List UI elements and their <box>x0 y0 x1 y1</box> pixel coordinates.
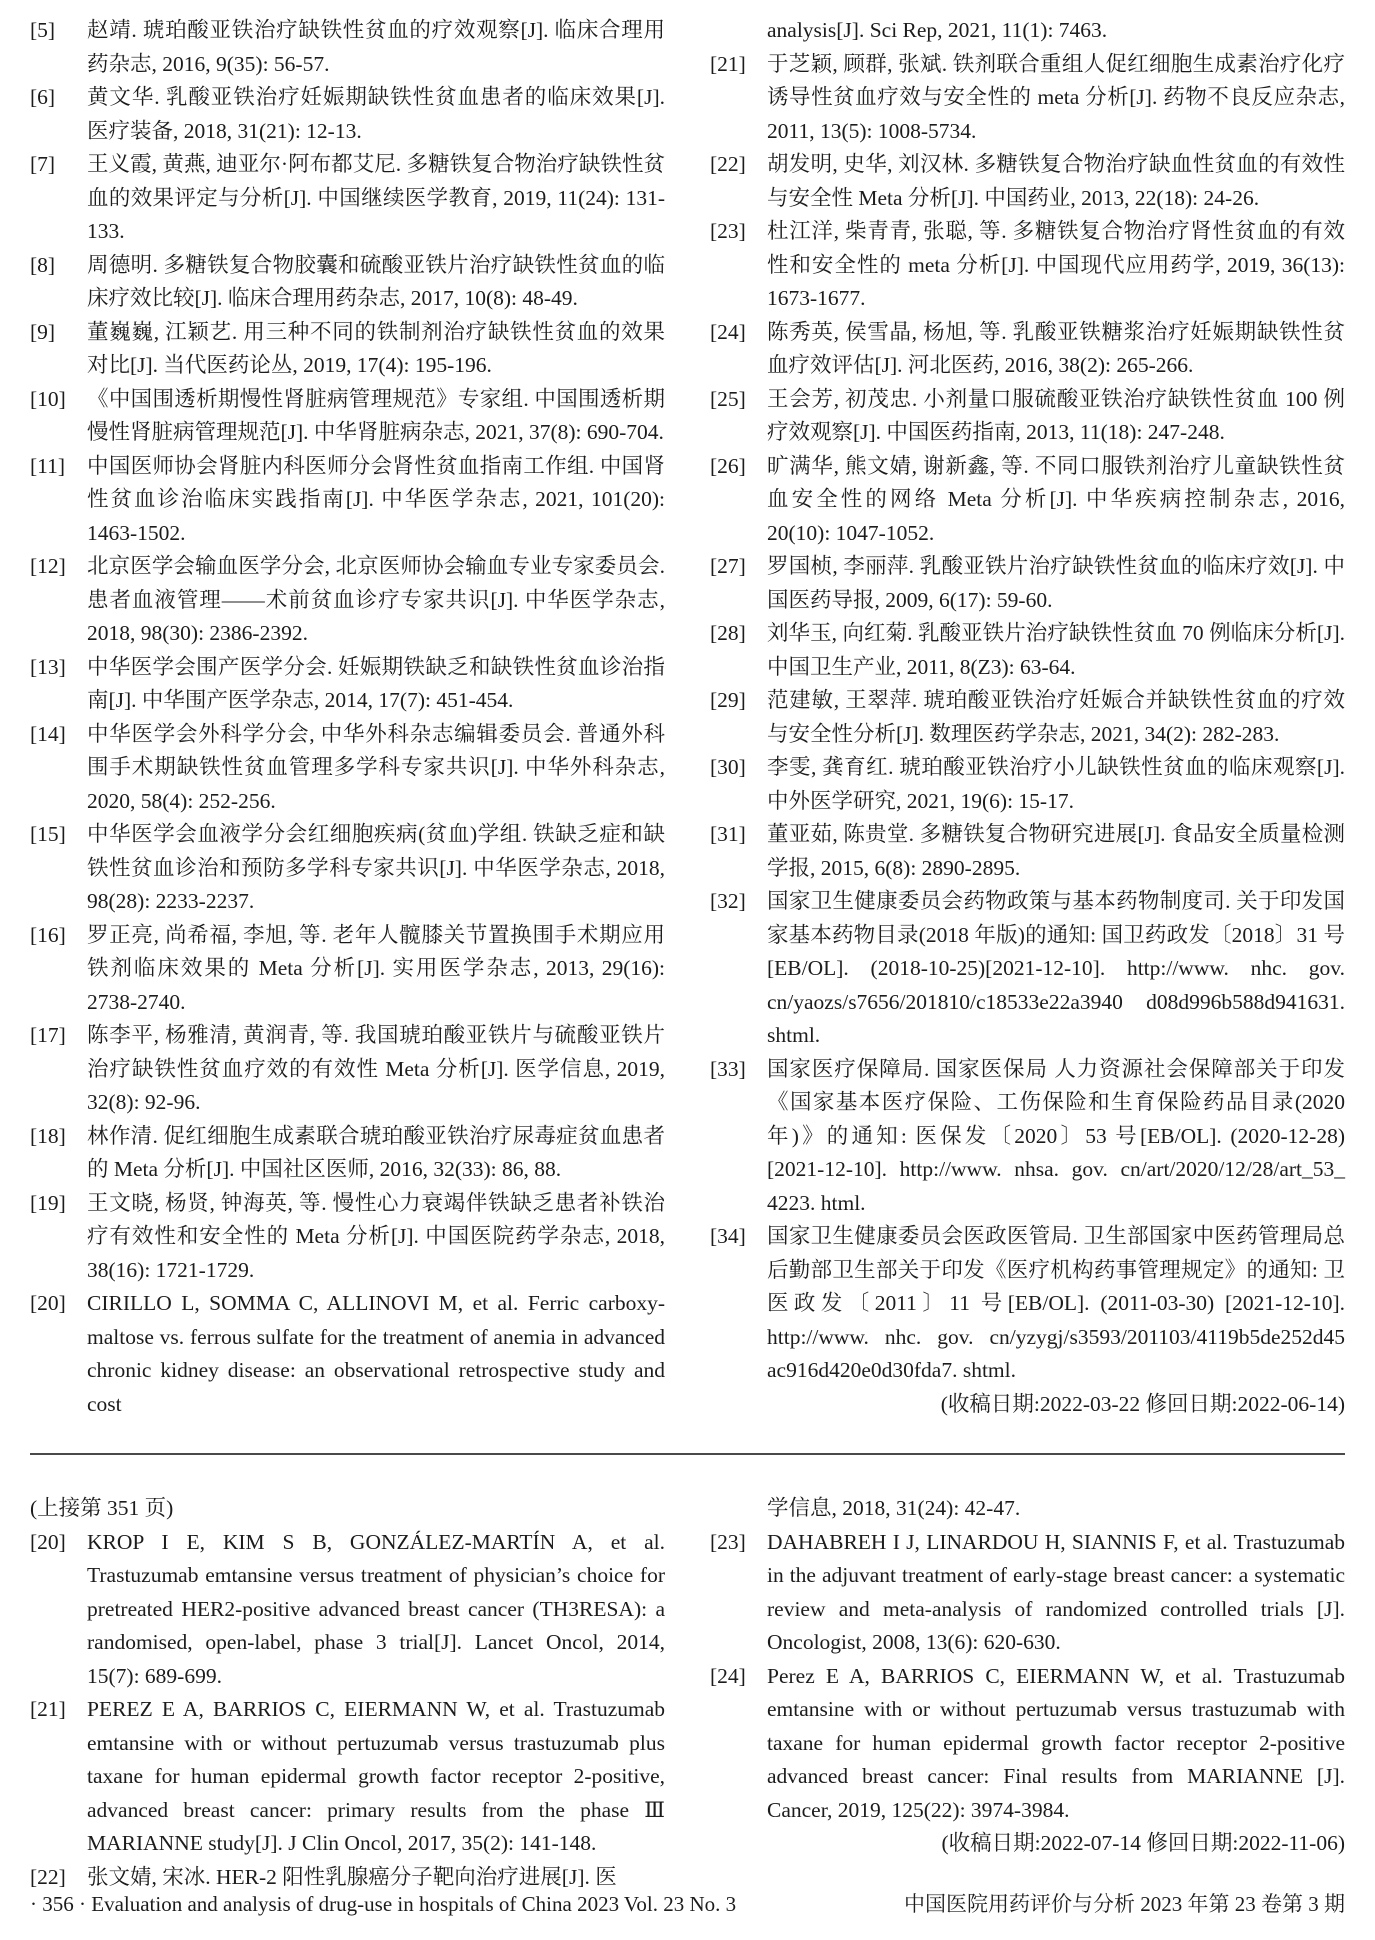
reference-entry: [29] 范建敏, 王翠萍. 琥珀酸亚铁治疗妊娠合并缺铁性贫血的疗效与安全性分析… <box>710 684 1345 751</box>
reference-entry: [20] KROP I E, KIM S B, GONZÁLEZ-MARTÍN … <box>30 1526 665 1694</box>
reference-number: [7] <box>30 148 87 182</box>
reference-entry: [31] 董亚茹, 陈贵堂. 多糖铁复合物研究进展[J]. 食品安全质量检测学报… <box>710 818 1345 885</box>
reference-number: [14] <box>30 718 87 752</box>
reference-entry: [22] 胡发明, 史华, 刘汉林. 多糖铁复合物治疗缺血性贫血的有效性与安全性… <box>710 148 1345 215</box>
reference-number: [23] <box>710 1526 767 1560</box>
reference-entry: [15] 中华医学会血液学分会红细胞疾病(贫血)学组. 铁缺乏症和缺铁性贫血诊治… <box>30 818 665 919</box>
reference-text: 胡发明, 史华, 刘汉林. 多糖铁复合物治疗缺血性贫血的有效性与安全性 Meta… <box>767 148 1345 215</box>
reference-entry: [21] 于芝颖, 顾群, 张斌. 铁剂联合重组人促红细胞生成素治疗化疗诱导性贫… <box>710 48 1345 149</box>
reference-entry: [17] 陈李平, 杨雅清, 黄润青, 等. 我国琥珀酸亚铁片与硫酸亚铁片治疗缺… <box>30 1019 665 1120</box>
reference-text: 杜江洋, 柴青青, 张聪, 等. 多糖铁复合物治疗肾性贫血的有效性和安全性的 m… <box>767 215 1345 316</box>
reference-list-bottom-right: 学信息, 2018, 31(24): 42-47. [23] DAHABREH … <box>710 1492 1345 1827</box>
reference-entry: [16] 罗正亮, 尚希福, 李旭, 等. 老年人髋膝关节置换围手术期应用铁剂临… <box>30 919 665 1020</box>
journal-references-page: [5] 赵靖. 琥珀酸亚铁治疗缺铁性贫血的疗效观察[J]. 临床合理用药杂志, … <box>0 0 1375 1940</box>
reference-entry: [24] 陈秀英, 侯雪晶, 杨旭, 等. 乳酸亚铁糖浆治疗妊娠期缺铁性贫血疗效… <box>710 316 1345 383</box>
reference-text: 中华医学会血液学分会红细胞疾病(贫血)学组. 铁缺乏症和缺铁性贫血诊治和预防多学… <box>87 818 665 919</box>
reference-entry: [14] 中华医学会外科学分会, 中华外科杂志编辑委员会. 普通外科围手术期缺铁… <box>30 718 665 819</box>
reference-entry: [25] 王会芳, 初茂忠. 小剂量口服硫酸亚铁治疗缺铁性贫血 100 例疗效观… <box>710 383 1345 450</box>
reference-entry: [11] 中国医师协会肾脏内科医师分会肾性贫血指南工作组. 中国肾性贫血诊治临床… <box>30 450 665 551</box>
reference-entry: [28] 刘华玉, 向红菊. 乳酸亚铁片治疗缺铁性贫血 70 例临床分析[J].… <box>710 617 1345 684</box>
reference-text: 《中国围透析期慢性肾脏病管理规范》专家组. 中国围透析期慢性肾脏病管理规范[J]… <box>87 383 665 450</box>
references-column-bottom-right: 学信息, 2018, 31(24): 42-47. [23] DAHABREH … <box>710 1492 1345 1894</box>
reference-entry: [34] 国家卫生健康委员会医政医管局. 卫生部国家中医药管理局总后勤部卫生部关… <box>710 1220 1345 1388</box>
reference-number: [21] <box>710 48 767 82</box>
reference-number: [12] <box>30 550 87 584</box>
references-column-bottom-left: (上接第 351 页) [20] KROP I E, KIM S B, GONZ… <box>30 1492 665 1894</box>
reference-entry: [13] 中华医学会围产医学分会. 妊娠期铁缺乏和缺铁性贫血诊治指南[J]. 中… <box>30 651 665 718</box>
reference-number: [11] <box>30 450 87 484</box>
reference-number: [32] <box>710 885 767 919</box>
reference-text: DAHABREH I J, LINARDOU H, SIANNIS F, et … <box>767 1526 1345 1660</box>
reference-list-top-left: [5] 赵靖. 琥珀酸亚铁治疗缺铁性贫血的疗效观察[J]. 临床合理用药杂志, … <box>30 14 665 1421</box>
reference-text: 赵靖. 琥珀酸亚铁治疗缺铁性贫血的疗效观察[J]. 临床合理用药杂志, 2016… <box>87 14 665 81</box>
reference-text: 中华医学会外科学分会, 中华外科杂志编辑委员会. 普通外科围手术期缺铁性贫血管理… <box>87 718 665 819</box>
reference-number: [31] <box>710 818 767 852</box>
reference-text: 罗国桢, 李丽萍. 乳酸亚铁片治疗缺铁性贫血的临床疗效[J]. 中国医药导报, … <box>767 550 1345 617</box>
reference-entry: [26] 旷满华, 熊文婧, 谢新鑫, 等. 不同口服铁剂治疗儿童缺铁性贫血安全… <box>710 450 1345 551</box>
reference-number: [30] <box>710 751 767 785</box>
reference-number: [19] <box>30 1187 87 1221</box>
reference-entry: [20] CIRILLO L, SOMMA C, ALLINOVI M, et … <box>30 1287 665 1421</box>
reference-text: 北京医学会输血医学分会, 北京医师协会输血专业专家委员会. 患者血液管理——术前… <box>87 550 665 651</box>
reference-text: 中国医师协会肾脏内科医师分会肾性贫血指南工作组. 中国肾性贫血诊治临床实践指南[… <box>87 450 665 551</box>
reference-entry: [18] 林作清. 促红细胞生成素联合琥珀酸亚铁治疗尿毒症贫血患者的 Meta … <box>30 1120 665 1187</box>
reference-entry: [32] 国家卫生健康委员会药物政策与基本药物制度司. 关于印发国家基本药物目录… <box>710 885 1345 1053</box>
reference-number: [16] <box>30 919 87 953</box>
references-section-continued: (上接第 351 页) [20] KROP I E, KIM S B, GONZ… <box>30 1492 1345 1894</box>
reference-entry: 学信息, 2018, 31(24): 42-47. <box>710 1492 1345 1526</box>
reference-text: 国家卫生健康委员会医政医管局. 卫生部国家中医药管理局总后勤部卫生部关于印发《医… <box>767 1220 1345 1388</box>
reference-number: [34] <box>710 1220 767 1254</box>
reference-entry: [30] 李雯, 龚育红. 琥珀酸亚铁治疗小儿缺铁性贫血的临床观察[J]. 中外… <box>710 751 1345 818</box>
reference-number: [10] <box>30 383 87 417</box>
reference-text: 旷满华, 熊文婧, 谢新鑫, 等. 不同口服铁剂治疗儿童缺铁性贫血安全性的网络 … <box>767 450 1345 551</box>
reference-text: CIRILLO L, SOMMA C, ALLINOVI M, et al. F… <box>87 1287 665 1421</box>
references-section-top: [5] 赵靖. 琥珀酸亚铁治疗缺铁性贫血的疗效观察[J]. 临床合理用药杂志, … <box>30 14 1345 1421</box>
reference-number: [18] <box>30 1120 87 1154</box>
reference-entry: [21] PEREZ E A, BARRIOS C, EIERMANN W, e… <box>30 1693 665 1861</box>
reference-number: [26] <box>710 450 767 484</box>
reference-entry: [12] 北京医学会输血医学分会, 北京医师协会输血专业专家委员会. 患者血液管… <box>30 550 665 651</box>
reference-text: KROP I E, KIM S B, GONZÁLEZ-MARTÍN A, et… <box>87 1526 665 1694</box>
reference-text: 中华医学会围产医学分会. 妊娠期铁缺乏和缺铁性贫血诊治指南[J]. 中华围产医学… <box>87 651 665 718</box>
reference-number: [20] <box>30 1526 87 1560</box>
reference-text: 国家卫生健康委员会药物政策与基本药物制度司. 关于印发国家基本药物目录(2018… <box>767 885 1345 1053</box>
reference-number: [29] <box>710 684 767 718</box>
reference-entry: [27] 罗国桢, 李丽萍. 乳酸亚铁片治疗缺铁性贫血的临床疗效[J]. 中国医… <box>710 550 1345 617</box>
reference-entry: [7] 王义霞, 黄燕, 迪亚尔·阿布都艾尼. 多糖铁复合物治疗缺铁性贫血的效果… <box>30 148 665 249</box>
reference-number: [23] <box>710 215 767 249</box>
reference-text: 董巍巍, 江颖艺. 用三种不同的铁制剂治疗缺铁性贫血的效果对比[J]. 当代医药… <box>87 316 665 383</box>
reference-text: 林作清. 促红细胞生成素联合琥珀酸亚铁治疗尿毒症贫血患者的 Meta 分析[J]… <box>87 1120 665 1187</box>
reference-number: [24] <box>710 1660 767 1694</box>
reference-number: [22] <box>710 148 767 182</box>
reference-text: 范建敏, 王翠萍. 琥珀酸亚铁治疗妊娠合并缺铁性贫血的疗效与安全性分析[J]. … <box>767 684 1345 751</box>
reference-number: [27] <box>710 550 767 584</box>
continued-from-page-note: (上接第 351 页) <box>30 1492 665 1526</box>
reference-number: [8] <box>30 249 87 283</box>
reference-number: [15] <box>30 818 87 852</box>
reference-entry: [8] 周德明. 多糖铁复合物胶囊和硫酸亚铁片治疗缺铁性贫血的临床疗效比较[J]… <box>30 249 665 316</box>
received-revised-dates: (收稿日期:2022-03-22 修回日期:2022-06-14) <box>710 1388 1345 1422</box>
reference-text: PEREZ E A, BARRIOS C, EIERMANN W, et al.… <box>87 1693 665 1861</box>
reference-entry: [23] 杜江洋, 柴青青, 张聪, 等. 多糖铁复合物治疗肾性贫血的有效性和安… <box>710 215 1345 316</box>
reference-text: Perez E A, BARRIOS C, EIERMANN W, et al.… <box>767 1660 1345 1828</box>
reference-number: [21] <box>30 1693 87 1727</box>
reference-entry: [23] DAHABREH I J, LINARDOU H, SIANNIS F… <box>710 1526 1345 1660</box>
reference-entry: analysis[J]. Sci Rep, 2021, 11(1): 7463. <box>710 14 1345 48</box>
reference-text: 王会芳, 初茂忠. 小剂量口服硫酸亚铁治疗缺铁性贫血 100 例疗效观察[J].… <box>767 383 1345 450</box>
reference-number: [9] <box>30 316 87 350</box>
reference-entry: [5] 赵靖. 琥珀酸亚铁治疗缺铁性贫血的疗效观察[J]. 临床合理用药杂志, … <box>30 14 665 81</box>
reference-text: 罗正亮, 尚希福, 李旭, 等. 老年人髋膝关节置换围手术期应用铁剂临床效果的 … <box>87 919 665 1020</box>
reference-entry: [9] 董巍巍, 江颖艺. 用三种不同的铁制剂治疗缺铁性贫血的效果对比[J]. … <box>30 316 665 383</box>
reference-list-bottom-left: [20] KROP I E, KIM S B, GONZÁLEZ-MARTÍN … <box>30 1526 665 1895</box>
reference-text: 国家医疗保障局. 国家医保局 人力资源社会保障部关于印发《国家基本医疗保险、工伤… <box>767 1053 1345 1221</box>
footer-page-number-journal-en: · 356 · Evaluation and analysis of drug-… <box>30 1888 736 1922</box>
reference-text: 李雯, 龚育红. 琥珀酸亚铁治疗小儿缺铁性贫血的临床观察[J]. 中外医学研究,… <box>767 751 1345 818</box>
reference-text: 学信息, 2018, 31(24): 42-47. <box>767 1492 1345 1526</box>
reference-text: 刘华玉, 向红菊. 乳酸亚铁片治疗缺铁性贫血 70 例临床分析[J]. 中国卫生… <box>767 617 1345 684</box>
reference-number: [33] <box>710 1053 767 1087</box>
reference-number: [24] <box>710 316 767 350</box>
reference-number: [25] <box>710 383 767 417</box>
reference-text: analysis[J]. Sci Rep, 2021, 11(1): 7463. <box>767 14 1345 48</box>
references-column-top-right: analysis[J]. Sci Rep, 2021, 11(1): 7463.… <box>710 14 1345 1421</box>
reference-text: 周德明. 多糖铁复合物胶囊和硫酸亚铁片治疗缺铁性贫血的临床疗效比较[J]. 临床… <box>87 249 665 316</box>
reference-text: 于芝颖, 顾群, 张斌. 铁剂联合重组人促红细胞生成素治疗化疗诱导性贫血疗效与安… <box>767 48 1345 149</box>
reference-number: [5] <box>30 14 87 48</box>
page-footer: · 356 · Evaluation and analysis of drug-… <box>30 1888 1345 1922</box>
reference-text: 陈李平, 杨雅清, 黄润青, 等. 我国琥珀酸亚铁片与硫酸亚铁片治疗缺铁性贫血疗… <box>87 1019 665 1120</box>
reference-text: 王义霞, 黄燕, 迪亚尔·阿布都艾尼. 多糖铁复合物治疗缺铁性贫血的效果评定与分… <box>87 148 665 249</box>
received-revised-dates: (收稿日期:2022-07-14 修回日期:2022-11-06) <box>710 1827 1345 1861</box>
reference-list-top-right: analysis[J]. Sci Rep, 2021, 11(1): 7463.… <box>710 14 1345 1388</box>
reference-number: [6] <box>30 81 87 115</box>
reference-text: 王文晓, 杨贤, 钟海英, 等. 慢性心力衰竭伴铁缺乏患者补铁治疗有效性和安全性… <box>87 1187 665 1288</box>
reference-number: [13] <box>30 651 87 685</box>
reference-entry: [19] 王文晓, 杨贤, 钟海英, 等. 慢性心力衰竭伴铁缺乏患者补铁治疗有效… <box>30 1187 665 1288</box>
reference-entry: [6] 黄文华. 乳酸亚铁治疗妊娠期缺铁性贫血患者的临床效果[J]. 医疗装备,… <box>30 81 665 148</box>
reference-text: 陈秀英, 侯雪晶, 杨旭, 等. 乳酸亚铁糖浆治疗妊娠期缺铁性贫血疗效评估[J]… <box>767 316 1345 383</box>
reference-entry: [33] 国家医疗保障局. 国家医保局 人力资源社会保障部关于印发《国家基本医疗… <box>710 1053 1345 1221</box>
section-divider-rule <box>30 1453 1345 1455</box>
references-column-top-left: [5] 赵靖. 琥珀酸亚铁治疗缺铁性贫血的疗效观察[J]. 临床合理用药杂志, … <box>30 14 665 1421</box>
reference-text: 董亚茹, 陈贵堂. 多糖铁复合物研究进展[J]. 食品安全质量检测学报, 201… <box>767 818 1345 885</box>
reference-number: [28] <box>710 617 767 651</box>
footer-journal-cn-volume-issue: 中国医院用药评价与分析 2023 年第 23 卷第 3 期 <box>904 1888 1345 1922</box>
reference-text: 黄文华. 乳酸亚铁治疗妊娠期缺铁性贫血患者的临床效果[J]. 医疗装备, 201… <box>87 81 665 148</box>
reference-entry: [10] 《中国围透析期慢性肾脏病管理规范》专家组. 中国围透析期慢性肾脏病管理… <box>30 383 665 450</box>
reference-number: [20] <box>30 1287 87 1321</box>
reference-entry: [24] Perez E A, BARRIOS C, EIERMANN W, e… <box>710 1660 1345 1828</box>
reference-number: [17] <box>30 1019 87 1053</box>
